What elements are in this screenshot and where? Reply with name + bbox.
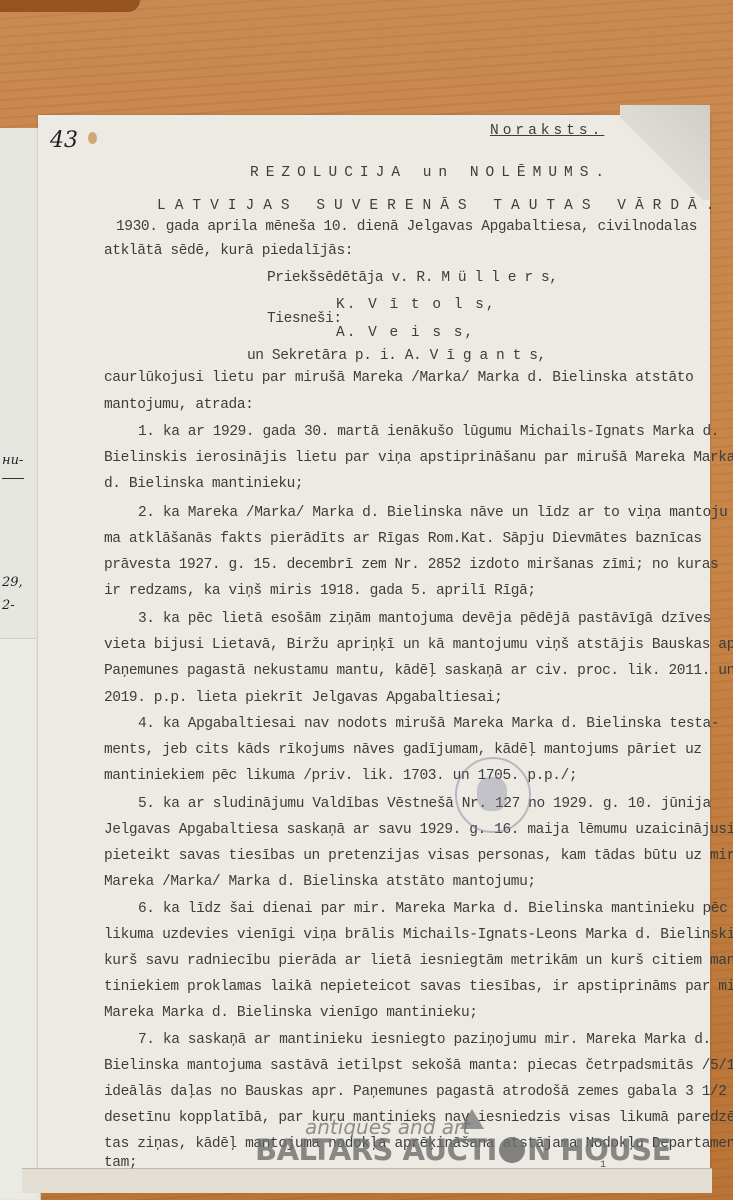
watermark-name: BALTARS AUCTIN HOUSE xyxy=(255,1133,671,1167)
text-line: Bielinska mantojuma sastāvā ietilpst sek… xyxy=(104,1058,733,1074)
wood-knot xyxy=(0,0,140,12)
text-line: 7. ka saskaņā ar mantinieku iesniegto pa… xyxy=(138,1032,711,1048)
underlying-sheet: ни- 29, 2- xyxy=(0,128,41,1200)
text-line: 2019. p.p. lieta piekrīt Jelgavas Apgaba… xyxy=(104,690,502,706)
text-line: ideālās daļas no Bauskas apr. Paņemunes … xyxy=(104,1084,727,1100)
text-line: ir redzams, ka viņš miris 1918. gada 5. … xyxy=(104,583,536,599)
text-line: Bielinskis ierosinājis lietu par viņa ap… xyxy=(104,450,733,466)
text-line: 2. ka Mareka /Marka/ Marka d. Bielinska … xyxy=(138,505,727,521)
text-line: Mareka /Marka/ Marka d. Bielinska atstāt… xyxy=(104,874,536,890)
watermark-name-part1: BALTARS AUCTI xyxy=(255,1133,497,1167)
text-line: pieteikt savas tiesības un pretenzijas v… xyxy=(104,848,733,864)
text-line: ments, jeb cits kāds rīkojums nāves gadī… xyxy=(104,742,702,758)
text-line: 5. ka ar sludinājumu Valdības Vēstnešā N… xyxy=(138,796,711,812)
text-line: A. V e i s s, xyxy=(336,325,475,341)
pearl-logo-icon xyxy=(499,1137,525,1163)
crown-icon xyxy=(460,1109,484,1129)
text-line: tiniekiem proklamas laikā nepieteicot sa… xyxy=(104,979,733,995)
court-stamp xyxy=(455,757,531,833)
text-line: kurš savu radniecību pierāda ar lietā ie… xyxy=(104,953,733,969)
text-line: 1. ka ar 1929. gada 30. martā ienākušo l… xyxy=(138,424,719,440)
text-line: tam; xyxy=(104,1155,137,1171)
text-line: d. Bielinska mantinieku; xyxy=(104,476,303,492)
ink-line xyxy=(2,478,24,479)
copy-mark: Noraksts. xyxy=(490,123,604,139)
underlying-sheet-lower xyxy=(0,638,36,1199)
text-line: Paņemunes pagastā nekustamu mantu, kādēļ… xyxy=(104,663,733,679)
text-line: 6. ka līdz šai dienai par mir. Mareka Ma… xyxy=(138,901,727,917)
handwritten-mark: ни- xyxy=(2,453,23,468)
text-line: mantojumu, atrada: xyxy=(104,397,253,413)
text-line: caurlūkojusi lietu par mirušā Mareka /Ma… xyxy=(104,370,693,386)
text-line: Jelgavas Apgabaltiesa saskaņā ar savu 19… xyxy=(104,822,733,838)
handwritten-mark: 29, xyxy=(2,575,23,590)
text-line: un Sekretāra p. i. A. V ī g a n t s, xyxy=(247,348,546,364)
watermark: antiques and art BALTARS AUCTIN HOUSE xyxy=(255,1115,655,1175)
text-line: likuma uzdevies vienīgi viņa brālis Mich… xyxy=(104,927,733,943)
text-line: Mareka Marka d. Bielinska vienīgo mantin… xyxy=(104,1005,478,1021)
document-subtitle: LATVIJAS SUVERENĀS TAUTAS VĀRDĀ. xyxy=(157,198,723,214)
handwritten-page-number: 43 xyxy=(50,128,78,153)
text-line: K. V ī t o l s, xyxy=(336,297,497,313)
text-line: ma atklāšanās fakts pierādīts ar Rīgas R… xyxy=(104,531,702,547)
watermark-name-part2: N HOUSE xyxy=(527,1133,671,1167)
text-line: 3. ka pēc lietā esošām ziņām mantojuma d… xyxy=(138,611,711,627)
text-line: vieta bijusi Lietavā, Biržu apriņķī un k… xyxy=(104,637,733,653)
handwritten-mark: 2- xyxy=(2,598,15,613)
stain xyxy=(88,132,97,144)
text-line: 1930. gada aprila mēneša 10. dienā Jelga… xyxy=(116,219,697,235)
text-line: Priekšsēdētāja v. R. M ü l l e r s, xyxy=(267,270,558,286)
text-line: prāvesta 1927. g. 15. decembrī zem Nr. 2… xyxy=(104,557,718,573)
text-line: 4. ka Apgabaltiesai nav nodots mirušā Ma… xyxy=(138,716,719,732)
folded-corner xyxy=(620,105,710,200)
document-title: REZOLUCIJA un NOLĒMUMS. xyxy=(250,165,611,181)
text-line: atklātā sēdē, kurā piedalījās: xyxy=(104,243,353,259)
text-line: Tiesneši: xyxy=(267,311,342,327)
